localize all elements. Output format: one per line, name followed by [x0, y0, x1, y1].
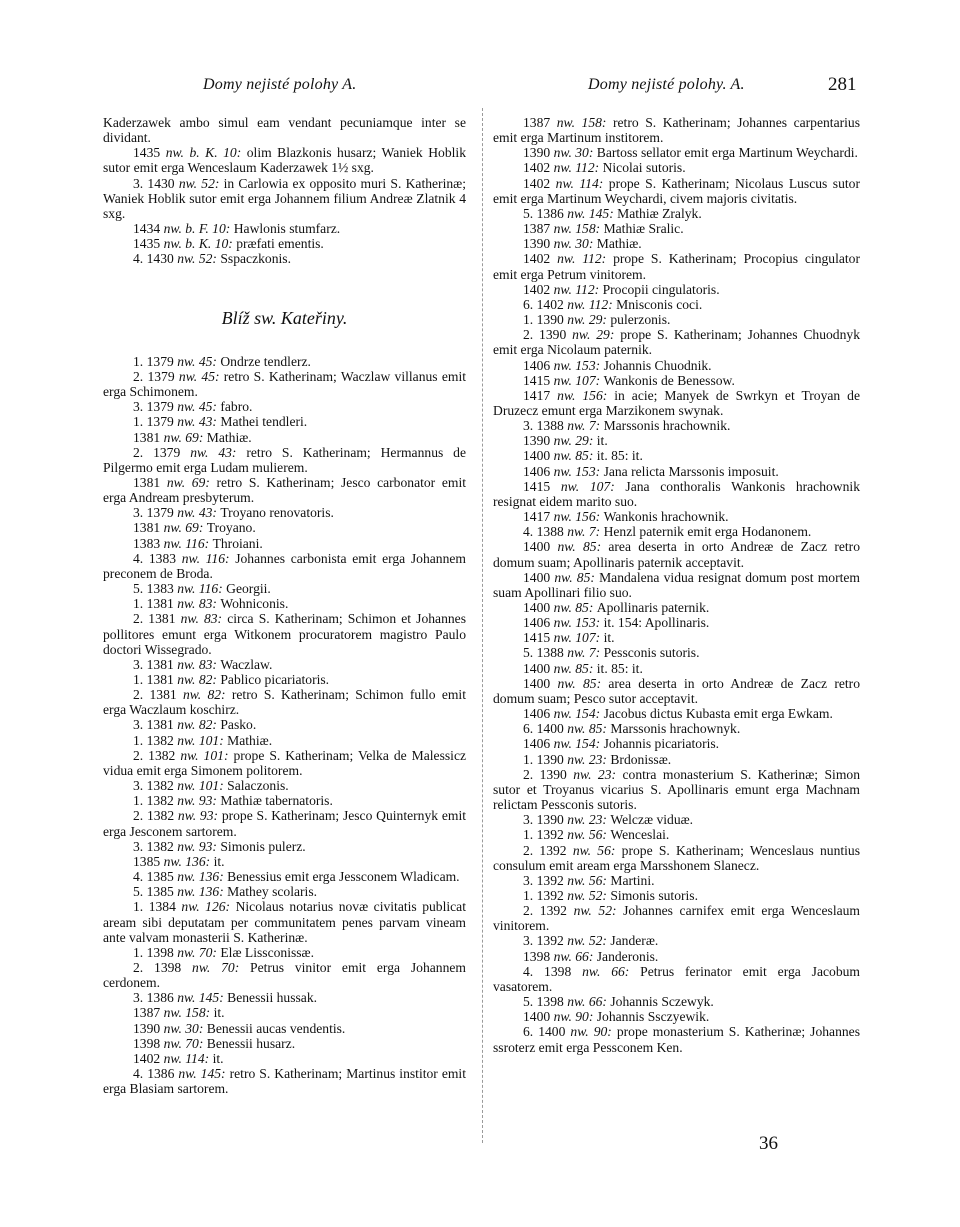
entry-text: Mathiæ tabernatoris.: [220, 793, 333, 808]
record-entry: 2. 1381 nw. 83: circa S. Katherinam; Sch…: [103, 611, 466, 656]
entry-year: 1. 1381: [133, 672, 177, 687]
entry-reference: nw. 112:: [567, 297, 616, 312]
record-entry: 1417 nw. 156: Wankonis hrachownik.: [493, 509, 860, 524]
entry-year: 5. 1386: [523, 206, 567, 221]
entry-reference: nw. 107:: [554, 630, 604, 645]
entry-year: 1. 1382: [133, 793, 177, 808]
entry-reference: nw. 52:: [567, 933, 610, 948]
entry-year: 4. 1383: [133, 551, 182, 566]
record-entry: 2. 1379 nw. 45: retro S. Katherinam; Wac…: [103, 369, 466, 399]
entry-year: 1402: [523, 160, 554, 175]
section-title: Blíž sw. Kateřiny.: [103, 311, 466, 326]
entry-year: 1387: [133, 1005, 164, 1020]
entry-reference: nw. 56:: [567, 827, 610, 842]
entry-text: Sspaczkonis.: [220, 251, 291, 266]
entry-year: 1406: [523, 706, 554, 721]
entry-text: præfati ementis.: [236, 236, 324, 251]
record-entry: 1387 nw. 158: it.: [103, 1005, 466, 1020]
right-entries: 1387 nw. 158: retro S. Katherinam; Johan…: [493, 115, 860, 1055]
entry-reference: nw. 156:: [554, 509, 604, 524]
entry-year: 3. 1382: [133, 839, 177, 854]
entry-text: Ondrze tendlerz.: [220, 354, 311, 369]
entry-reference: nw. 101:: [180, 748, 233, 763]
entry-reference: nw. b. K. 10:: [164, 236, 237, 251]
entry-text: Pasko.: [220, 717, 256, 732]
entry-text: Benessii husarz.: [207, 1036, 295, 1051]
intro-entries: Kaderzawek ambo simul eam vendant pecuni…: [103, 115, 466, 267]
entry-text: Benessii hussak.: [227, 990, 317, 1005]
entry-year: 1400: [523, 661, 554, 676]
entry-text: Mathiæ Sralic.: [604, 221, 684, 236]
entry-reference: nw. 23:: [567, 752, 610, 767]
entry-year: 2. 1382: [133, 748, 180, 763]
entry-year: 1. 1382: [133, 733, 177, 748]
entry-text: Johannis Sczewyk.: [610, 994, 713, 1009]
entry-reference: nw. 29:: [554, 433, 597, 448]
entry-reference: nw. 52:: [177, 251, 220, 266]
entry-year: 1. 1398: [133, 945, 177, 960]
record-entry: 3. 1382 nw. 101: Salaczonis.: [103, 778, 466, 793]
page-number: 281: [828, 74, 857, 96]
entry-year: 3. 1381: [133, 717, 177, 732]
record-entry: 1400 nw. 85: Apollinaris paternik.: [493, 600, 860, 615]
entry-reference: nw. 116:: [177, 581, 226, 596]
entry-text: it.: [214, 1005, 225, 1020]
record-entry: 1406 nw. 153: Johannis Chuodnik.: [493, 358, 860, 373]
record-entry: 4. 1430 nw. 52: Sspaczkonis.: [103, 251, 466, 266]
record-entry: 1. 1398 nw. 70: Elæ Lissconissæ.: [103, 945, 466, 960]
entry-reference: nw. 85:: [567, 721, 610, 736]
entry-reference: nw. 156:: [557, 388, 614, 403]
entry-reference: nw. 154:: [554, 706, 604, 721]
signature-mark: 36: [759, 1133, 778, 1155]
record-entry: 3. 1386 nw. 145: Benessii hussak.: [103, 990, 466, 1005]
entry-reference: nw. 93:: [177, 793, 220, 808]
record-entry: 2. 1392 nw. 52: Johannes carnifex emit e…: [493, 903, 860, 933]
entry-text: Martini.: [610, 873, 654, 888]
entry-reference: nw. 7:: [567, 524, 603, 539]
record-entry: 1434 nw. b. F. 10: Hawlonis stumfarz.: [103, 221, 466, 236]
entry-year: 1415: [523, 479, 561, 494]
entry-text: Janderonis.: [597, 949, 659, 964]
entry-year: 1. 1390: [523, 312, 567, 327]
entry-year: 1. 1390: [523, 752, 567, 767]
record-entry: 2. 1379 nw. 43: retro S. Katherinam; Her…: [103, 445, 466, 475]
entry-year: 5. 1385: [133, 884, 177, 899]
entry-year: 3. 1386: [133, 990, 177, 1005]
entry-year: 3. 1388: [523, 418, 567, 433]
record-entry: 1. 1390 nw. 29: pulerzonis.: [493, 312, 860, 327]
entry-text: Welczæ viduæ.: [610, 812, 693, 827]
entry-reference: nw. 101:: [177, 733, 227, 748]
entry-year: 1. 1379: [133, 354, 177, 369]
entry-text: it. 85: it.: [597, 661, 643, 676]
entry-year: 1402: [133, 1051, 164, 1066]
entry-reference: nw. 7:: [567, 645, 603, 660]
entry-year: 1. 1379: [133, 414, 177, 429]
entry-reference: nw. 85:: [557, 676, 608, 691]
entry-text: Brdonissæ.: [610, 752, 671, 767]
record-entry: 1402 nw. 112: Procopii cingulatoris.: [493, 282, 860, 297]
record-entry: 1387 nw. 158: retro S. Katherinam; Johan…: [493, 115, 860, 145]
entry-reference: nw. 69:: [164, 430, 207, 445]
record-entry: 1435 nw. b. K. 10: olim Blazkonis husarz…: [103, 145, 466, 175]
record-entry: 2. 1398 nw. 70: Petrus vinitor emit erga…: [103, 960, 466, 990]
entry-reference: nw. 136:: [177, 884, 227, 899]
entry-year: 4. 1430: [133, 251, 177, 266]
record-entry: 1381 nw. 69: retro S. Katherinam; Jesco …: [103, 475, 466, 505]
entry-reference: nw. 30:: [554, 236, 597, 251]
entry-year: 3. 1392: [523, 933, 567, 948]
record-entry: 1402 nw. 114: it.: [103, 1051, 466, 1066]
record-entry: 1381 nw. 69: Mathiæ.: [103, 430, 466, 445]
record-entry: 6. 1400 nw. 85: Marssonis hrachownyk.: [493, 721, 860, 736]
entry-year: 2. 1398: [133, 960, 192, 975]
entry-year: 1402: [523, 176, 556, 191]
record-entry: 3. 1381 nw. 83: Waczlaw.: [103, 657, 466, 672]
entry-year: 3. 1382: [133, 778, 177, 793]
entry-year: 2. 1382: [133, 808, 178, 823]
record-entry: 1. 1379 nw. 43: Mathei tendleri.: [103, 414, 466, 429]
record-entry: 3. 1382 nw. 93: Simonis pulerz.: [103, 839, 466, 854]
entry-reference: nw. 45:: [179, 369, 224, 384]
record-entry: 1387 nw. 158: Mathiæ Sralic.: [493, 221, 860, 236]
entry-reference: nw. 52:: [567, 888, 610, 903]
entry-text: Mathei tendleri.: [220, 414, 307, 429]
entry-reference: nw. 85:: [554, 570, 599, 585]
entry-text: Pablico picariatoris.: [220, 672, 329, 687]
entry-reference: nw. 90:: [554, 1009, 597, 1024]
entry-reference: nw. 116:: [164, 536, 213, 551]
entry-text: Simonis pulerz.: [220, 839, 305, 854]
entry-year: 5. 1388: [523, 645, 567, 660]
entry-year: 1398: [523, 949, 554, 964]
entry-year: 1390: [523, 236, 554, 251]
entry-year: 1406: [523, 736, 554, 751]
record-entry: 2. 1390 nw. 29: prope S. Katherinam; Joh…: [493, 327, 860, 357]
record-entry: 5. 1386 nw. 145: Mathiæ Zralyk.: [493, 206, 860, 221]
entry-year: 1406: [523, 464, 554, 479]
record-entry: 1385 nw. 136: it.: [103, 854, 466, 869]
entry-reference: nw. 45:: [177, 399, 220, 414]
entry-text: Mathey scolaris.: [227, 884, 317, 899]
entry-reference: nw. 82:: [177, 672, 220, 687]
entry-text: Throiani.: [213, 536, 263, 551]
entry-year: 1402: [523, 282, 554, 297]
entry-year: 4. 1388: [523, 524, 567, 539]
record-entry: 1. 1381 nw. 82: Pablico picariatoris.: [103, 672, 466, 687]
entry-reference: nw. 85:: [554, 661, 597, 676]
entry-text: it. 154: Apollinaris.: [604, 615, 710, 630]
entry-reference: nw. 82:: [183, 687, 232, 702]
entry-year: 1390: [523, 433, 554, 448]
entry-text: it.: [604, 630, 615, 645]
entry-year: 1415: [523, 373, 554, 388]
entry-text: Troyano renovatoris.: [220, 505, 334, 520]
entry-reference: nw. 153:: [554, 358, 604, 373]
record-entry: 2. 1390 nw. 23: contra monasterium S. Ka…: [493, 767, 860, 812]
entry-text: Mnisconis coci.: [616, 297, 702, 312]
entry-reference: nw. 29:: [572, 327, 620, 342]
record-entry: 1398 nw. 66: Janderonis.: [493, 949, 860, 964]
entry-year: 2. 1381: [133, 687, 183, 702]
entry-reference: nw. 83:: [177, 657, 220, 672]
entry-text: Elæ Lissconissæ.: [220, 945, 314, 960]
entry-reference: nw. 69:: [167, 475, 217, 490]
entry-year: 2. 1392: [523, 843, 573, 858]
entry-reference: nw. 7:: [567, 418, 603, 433]
entry-text: Hawlonis stumfarz.: [234, 221, 340, 236]
record-entry: 1. 1384 nw. 126: Nicolaus notarius novæ …: [103, 899, 466, 944]
entry-reference: nw. 30:: [554, 145, 597, 160]
entry-text: Marssonis hrachownik.: [604, 418, 731, 433]
entry-reference: nw. 29:: [567, 312, 610, 327]
record-entry: 1. 1382 nw. 93: Mathiæ tabernatoris.: [103, 793, 466, 808]
entry-reference: nw. 93:: [177, 839, 220, 854]
entry-text: Janderæ.: [610, 933, 658, 948]
record-entry: 1406 nw. 153: it. 154: Apollinaris.: [493, 615, 860, 630]
entry-year: 2. 1379: [133, 445, 190, 460]
entry-year: 5. 1398: [523, 994, 567, 1009]
entry-reference: nw. 136:: [164, 854, 214, 869]
entry-reference: nw. 43:: [177, 505, 220, 520]
entry-text: Mathiæ.: [597, 236, 642, 251]
record-entry: 1400 nw. 85: it. 85: it.: [493, 448, 860, 463]
entry-reference: nw. 112:: [554, 282, 603, 297]
record-entry: 1390 nw. 29: it.: [493, 433, 860, 448]
entry-text: Wankonis hrachownik.: [604, 509, 729, 524]
entry-reference: nw. 83:: [177, 596, 220, 611]
running-head-left: Domy nejisté polohy A.: [203, 76, 356, 94]
entry-reference: nw. 69:: [164, 520, 207, 535]
record-entry: 2. 1381 nw. 82: retro S. Katherinam; Sch…: [103, 687, 466, 717]
entry-reference: nw. b. K. 10:: [166, 145, 247, 160]
entry-reference: nw. 82:: [177, 717, 220, 732]
entry-reference: nw. 93:: [178, 808, 222, 823]
entry-reference: nw. 85:: [557, 539, 608, 554]
record-entry: 1. 1382 nw. 101: Mathiæ.: [103, 733, 466, 748]
entry-year: 1400: [523, 1009, 554, 1024]
entry-text: it.: [597, 433, 608, 448]
record-entry: 3. 1379 nw. 45: fabro.: [103, 399, 466, 414]
entry-year: 3. 1392: [523, 873, 567, 888]
record-entry: 6. 1400 nw. 90: prope monasterium S. Kat…: [493, 1024, 860, 1054]
record-entry: 3. 1388 nw. 7: Marssonis hrachownik.: [493, 418, 860, 433]
record-entry: 1400 nw. 85: area deserta in orto Andreæ…: [493, 676, 860, 706]
record-entry: 2. 1382 nw. 93: prope S. Katherinam; Jes…: [103, 808, 466, 838]
entry-reference: nw. 30:: [164, 1021, 207, 1036]
entry-text: Marssonis hrachownyk.: [610, 721, 740, 736]
entry-text: Wankonis de Benessow.: [604, 373, 735, 388]
entry-text: Georgii.: [226, 581, 271, 596]
entry-reference: nw. 101:: [177, 778, 227, 793]
entry-reference: nw. 56:: [573, 843, 622, 858]
entry-text: Johannis Ssczyewik.: [597, 1009, 710, 1024]
record-entry: 3. 1390 nw. 23: Welczæ viduæ.: [493, 812, 860, 827]
entry-reference: nw. 154:: [554, 736, 604, 751]
record-entry: 3. 1379 nw. 43: Troyano renovatoris.: [103, 505, 466, 520]
entry-text: Benessii aucas vendentis.: [207, 1021, 346, 1036]
entry-reference: nw. 66:: [567, 994, 610, 1009]
entry-reference: nw. 90:: [570, 1024, 616, 1039]
record-entry: 1390 nw. 30: Benessii aucas vendentis.: [103, 1021, 466, 1036]
entry-text: Nicolai sutoris.: [603, 160, 686, 175]
record-entry: 1. 1379 nw. 45: Ondrze tendlerz.: [103, 354, 466, 369]
entry-year: 6. 1400: [523, 1024, 570, 1039]
record-entry: 1. 1392 nw. 52: Simonis sutoris.: [493, 888, 860, 903]
entry-year: 1400: [523, 539, 557, 554]
record-entry: 3. 1430 nw. 52: in Carlowia ex opposito …: [103, 176, 466, 221]
entry-year: 1381: [133, 430, 164, 445]
record-entry: 1400 nw. 90: Johannis Ssczyewik.: [493, 1009, 860, 1024]
entry-reference: nw. 45:: [177, 354, 220, 369]
entry-reference: nw. 23:: [567, 812, 610, 827]
entry-text: fabro.: [220, 399, 252, 414]
entry-text: Mathiæ.: [227, 733, 272, 748]
entry-text: Wenceslai.: [610, 827, 669, 842]
record-entry: 1435 nw. b. K. 10: præfati ementis.: [103, 236, 466, 251]
entry-year: 1417: [523, 509, 554, 524]
entry-text: Troyano.: [207, 520, 256, 535]
entry-text: Mathiæ Zralyk.: [617, 206, 702, 221]
entry-text: Jacobus dictus Kubasta emit erga Ewkam.: [604, 706, 833, 721]
entry-reference: nw. 52:: [179, 176, 224, 191]
entry-text: Wohniconis.: [220, 596, 288, 611]
entry-year: 4. 1386: [133, 1066, 178, 1081]
record-entry: 3. 1381 nw. 82: Pasko.: [103, 717, 466, 732]
entry-reference: nw. 158:: [164, 1005, 214, 1020]
entry-year: 3. 1390: [523, 812, 567, 827]
record-entry: 1400 nw. 85: it. 85: it.: [493, 661, 860, 676]
entry-reference: nw. 145:: [177, 990, 227, 1005]
entry-year: 1398: [133, 1036, 164, 1051]
entry-reference: nw. 70:: [192, 960, 250, 975]
entry-year: 1381: [133, 475, 167, 490]
entry-year: 1400: [523, 676, 557, 691]
entry-reference: nw. 158:: [557, 115, 613, 130]
entry-reference: nw. 66:: [582, 964, 640, 979]
entry-year: 4. 1385: [133, 869, 177, 884]
entry-reference: nw. 114:: [556, 176, 609, 191]
entry-reference: nw. 52:: [574, 903, 624, 918]
entry-text: Henzl paternik emit erga Hodanonem.: [604, 524, 812, 539]
entry-text: Procopii cingulatoris.: [603, 282, 720, 297]
entry-reference: nw. 70:: [177, 945, 220, 960]
entry-reference: nw. 43:: [177, 414, 220, 429]
right-column: 1387 nw. 158: retro S. Katherinam; Johan…: [493, 115, 860, 1055]
record-entry: 5. 1385 nw. 136: Mathey scolaris.: [103, 884, 466, 899]
record-entry: 4. 1386 nw. 145: retro S. Katherinam; Ma…: [103, 1066, 466, 1096]
entry-reference: nw. 126:: [181, 899, 235, 914]
entry-reference: nw. b. F. 10:: [164, 221, 234, 236]
entry-year: 3. 1379: [133, 399, 177, 414]
entry-reference: nw. 85:: [554, 600, 597, 615]
entry-year: 2. 1379: [133, 369, 179, 384]
entry-text: Simonis sutoris.: [610, 888, 698, 903]
record-entry: 1390 nw. 30: Bartoss sellator emit erga …: [493, 145, 860, 160]
entry-text: Bartoss sellator emit erga Martinum Weyc…: [597, 145, 858, 160]
entry-text: Kaderzawek ambo simul eam vendant pecuni…: [103, 115, 466, 145]
entry-year: 1387: [523, 221, 554, 236]
record-entry: 3. 1392 nw. 56: Martini.: [493, 873, 860, 888]
entry-year: 2. 1390: [523, 767, 573, 782]
record-entry: 1398 nw. 70: Benessii husarz.: [103, 1036, 466, 1051]
entry-year: 1400: [523, 448, 554, 463]
entry-text: Apollinaris paternik.: [597, 600, 710, 615]
entry-year: 2. 1381: [133, 611, 181, 626]
record-entry: 1417 nw. 156: in acie; Manyek de Swrkyn …: [493, 388, 860, 418]
column-divider: [482, 108, 483, 1143]
entry-reference: nw. 153:: [554, 464, 604, 479]
entry-text: Salaczonis.: [227, 778, 289, 793]
entry-reference: nw. 153:: [554, 615, 604, 630]
entry-year: 1. 1381: [133, 596, 177, 611]
entry-year: 1. 1392: [523, 888, 567, 903]
entry-text: Johannis picariatoris.: [604, 736, 720, 751]
entry-text: Pessconis sutoris.: [604, 645, 700, 660]
running-head-right: Domy nejisté polohy. A.: [588, 76, 745, 94]
record-entry: 1381 nw. 69: Troyano.: [103, 520, 466, 535]
entry-text: Jana relicta Marssonis imposuit.: [604, 464, 779, 479]
entry-reference: nw. 107:: [554, 373, 604, 388]
record-entry: 4. 1383 nw. 116: Johannes carbonista emi…: [103, 551, 466, 581]
entry-year: 1400: [523, 600, 554, 615]
entry-year: 1415: [523, 630, 554, 645]
entry-year: 3. 1430: [133, 176, 179, 191]
record-entry: 4. 1388 nw. 7: Henzl paternik emit erga …: [493, 524, 860, 539]
entry-year: 1406: [523, 358, 554, 373]
entry-year: 1390: [133, 1021, 164, 1036]
entry-year: 1390: [523, 145, 554, 160]
record-entry: 1402 nw. 114: prope S. Katherinam; Nicol…: [493, 176, 860, 206]
entry-reference: nw. 114:: [164, 1051, 213, 1066]
entry-year: 6. 1400: [523, 721, 567, 736]
record-entry: 1415 nw. 107: Wankonis de Benessow.: [493, 373, 860, 388]
entry-text: it.: [214, 854, 225, 869]
entry-text: it.: [213, 1051, 224, 1066]
record-entry: 1406 nw. 153: Jana relicta Marssonis imp…: [493, 464, 860, 479]
entry-year: 1402: [523, 251, 557, 266]
record-entry: 1. 1390 nw. 23: Brdonissæ.: [493, 752, 860, 767]
record-entry: 1. 1381 nw. 83: Wohniconis.: [103, 596, 466, 611]
entry-year: 1381: [133, 520, 164, 535]
document-page: Domy nejisté polohy A. Domy nejisté polo…: [0, 0, 960, 1227]
record-entry: 2. 1382 nw. 101: prope S. Katherinam; Ve…: [103, 748, 466, 778]
entry-text: pulerzonis.: [610, 312, 670, 327]
left-column: Kaderzawek ambo simul eam vendant pecuni…: [103, 115, 466, 1096]
record-entry: 1406 nw. 154: Jacobus dictus Kubasta emi…: [493, 706, 860, 721]
record-entry: 5. 1383 nw. 116: Georgii.: [103, 581, 466, 596]
entry-year: 3. 1381: [133, 657, 177, 672]
record-entry: 1400 nw. 85: area deserta in orto Andreæ…: [493, 539, 860, 569]
record-entry: 5. 1388 nw. 7: Pessconis sutoris.: [493, 645, 860, 660]
entry-year: 1435: [133, 145, 166, 160]
entry-reference: nw. 145:: [567, 206, 617, 221]
record-entry: 1402 nw. 112: prope S. Katherinam; Proco…: [493, 251, 860, 281]
record-entry: 1406 nw. 154: Johannis picariatoris.: [493, 736, 860, 751]
record-entry: 5. 1398 nw. 66: Johannis Sczewyk.: [493, 994, 860, 1009]
section-entries: 1. 1379 nw. 45: Ondrze tendlerz.2. 1379 …: [103, 354, 466, 1097]
entry-year: 1400: [523, 570, 554, 585]
entry-reference: nw. 56:: [567, 873, 610, 888]
entry-reference: nw. 112:: [554, 160, 603, 175]
record-entry: 4. 1398 nw. 66: Petrus ferinator emit er…: [493, 964, 860, 994]
entry-year: 5. 1383: [133, 581, 177, 596]
entry-year: 1385: [133, 854, 164, 869]
record-entry: 4. 1385 nw. 136: Benessius emit erga Jes…: [103, 869, 466, 884]
entry-reference: nw. 112:: [557, 251, 613, 266]
entry-text: Benessius emit erga Jessconem Wladicam.: [227, 869, 459, 884]
